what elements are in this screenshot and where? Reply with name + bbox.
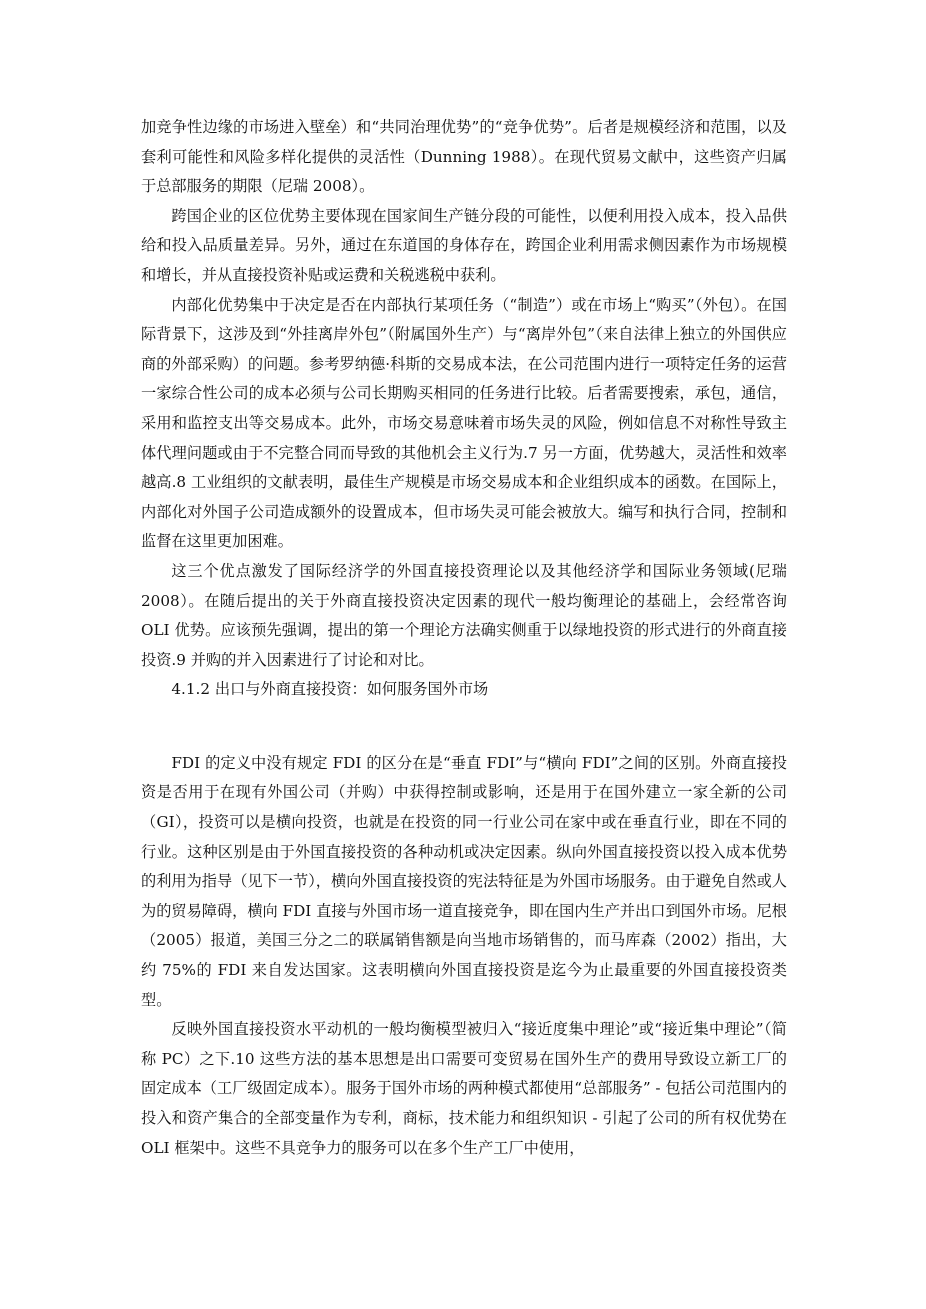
paragraph-location-advantage: 跨国企业的区位优势主要体现在国家间生产链分段的可能性，以便利用投入成本，投入品供… — [141, 202, 787, 291]
paragraph-oli-summary: 这三个优点激发了国际经济学的外国直接投资理论以及其他经济学和国际业务领域(尼瑞 … — [141, 557, 787, 675]
paragraph-fdi-definition: FDI 的定义中没有规定 FDI 的区分在是“垂直 FDI”与“横向 FDI”之… — [141, 749, 787, 1015]
paragraph-continued: 加竞争性边缘的市场进入壁垒）和“共同治理优势”的“竞争优势”。后者是规模经济和范… — [141, 113, 787, 202]
paragraph-internalization-advantage: 内部化优势集中于决定是否在内部执行某项任务（“制造”）或在市场上“购买”（外包）… — [141, 291, 787, 557]
paragraph-proximity-concentration: 反映外国直接投资水平动机的一般均衡模型被归入“接近度集中理论”或“接近集中理论”… — [141, 1015, 787, 1163]
section-heading: 4.1.2 出口与外商直接投资：如何服务国外市场 — [141, 675, 787, 705]
section-spacer — [141, 705, 787, 749]
document-page: 加竞争性边缘的市场进入壁垒）和“共同治理优势”的“竞争优势”。后者是规模经济和范… — [141, 113, 787, 1163]
